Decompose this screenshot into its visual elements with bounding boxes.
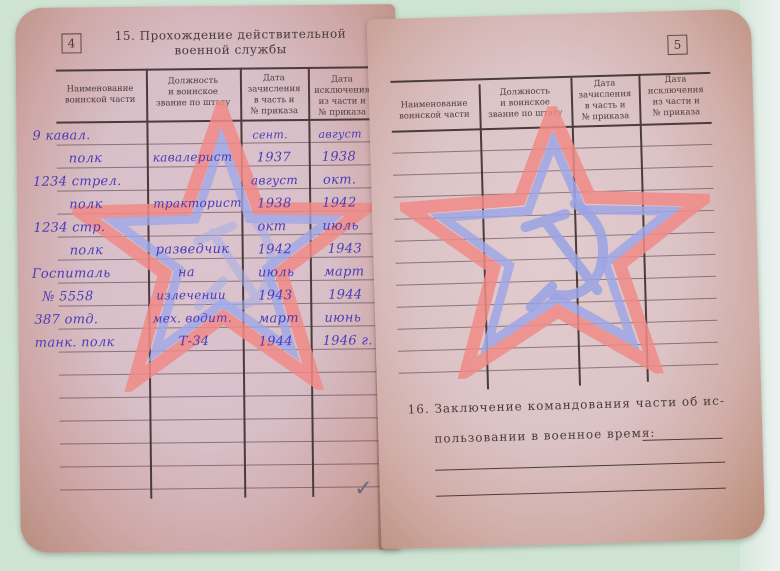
row-0-end: август [318,127,361,140]
row-7-unit: № 5558 [42,289,93,305]
row-9-unit: танк. полк [35,335,115,351]
ruled-lines [367,9,751,20]
fill-line-2 [435,462,725,471]
check-mark: ✓ [354,476,373,501]
section-16-line2: пользовании в военное время: [434,426,655,446]
red-star-emblem [397,102,714,381]
row-3-start: 1938 [257,196,291,211]
row-9-position: Т-34 [179,334,210,349]
section-16-line1: 16. Заключение командования части об ис- [407,394,725,417]
fill-line-3 [436,488,726,497]
row-0-unit: 9 кавал. [32,128,90,144]
section-15-title: 15. Прохождение действительной военной с… [85,26,375,59]
section-title-line1: 15. Прохождение действительной [85,26,375,44]
row-0-start: сент. [252,128,287,141]
row-6-end: март [324,264,365,279]
section-title-line2: военной службы [86,41,376,59]
header-top-rule [56,66,376,71]
row-3-end: 1942 [322,195,356,210]
ruled-lines [15,4,395,8]
row-2-unit: 1234 стрел. [33,174,122,190]
row-5-position: разведчик [156,242,230,258]
row-9-start: 1944 [259,334,293,349]
row-9-end: 1946 г. [323,333,373,349]
row-5-end: 1943 [328,241,362,256]
row-4-unit: 1234 стр. [33,220,105,236]
row-1-end: 1938 [322,149,356,164]
row-5-start: 1942 [258,242,292,257]
row-3-position: тракторист [153,196,242,211]
row-4-end: июль [322,218,359,233]
row-6-position: на [178,265,195,280]
left-page: 4 15. Прохождение действительной военной… [15,4,401,553]
row-7-end: 1944 [328,287,362,302]
row-6-start: июль [258,265,295,280]
row-8-end: июнь [324,310,361,325]
row-8-position: мех. водит. [152,311,232,326]
right-page: 5 Наименованиевоинской части Должностьи … [367,9,766,550]
row-5-unit: полк [70,243,104,258]
row-1-start: 1937 [257,150,291,165]
page-number-4: 4 [61,33,81,53]
row-7-start: 1943 [258,288,292,303]
page-number-5: 5 [667,35,688,56]
row-4-start: окт [257,219,286,234]
hammer-and-sickle-icon [525,203,605,307]
row-2-start: август [251,173,298,187]
service-records: 9 кавал. сент. август полк кавалерист 19… [15,4,395,8]
row-8-start: март [258,311,299,326]
row-8-unit: 387 отд. [34,312,98,328]
row-7-position: излечении [156,288,226,303]
row-1-position: кавалерист [153,150,233,165]
row-3-unit: полк [69,197,103,212]
row-6-unit: Госпиталь [32,266,111,282]
row-1-unit: полк [69,151,103,166]
row-2-end: окт. [323,172,356,187]
